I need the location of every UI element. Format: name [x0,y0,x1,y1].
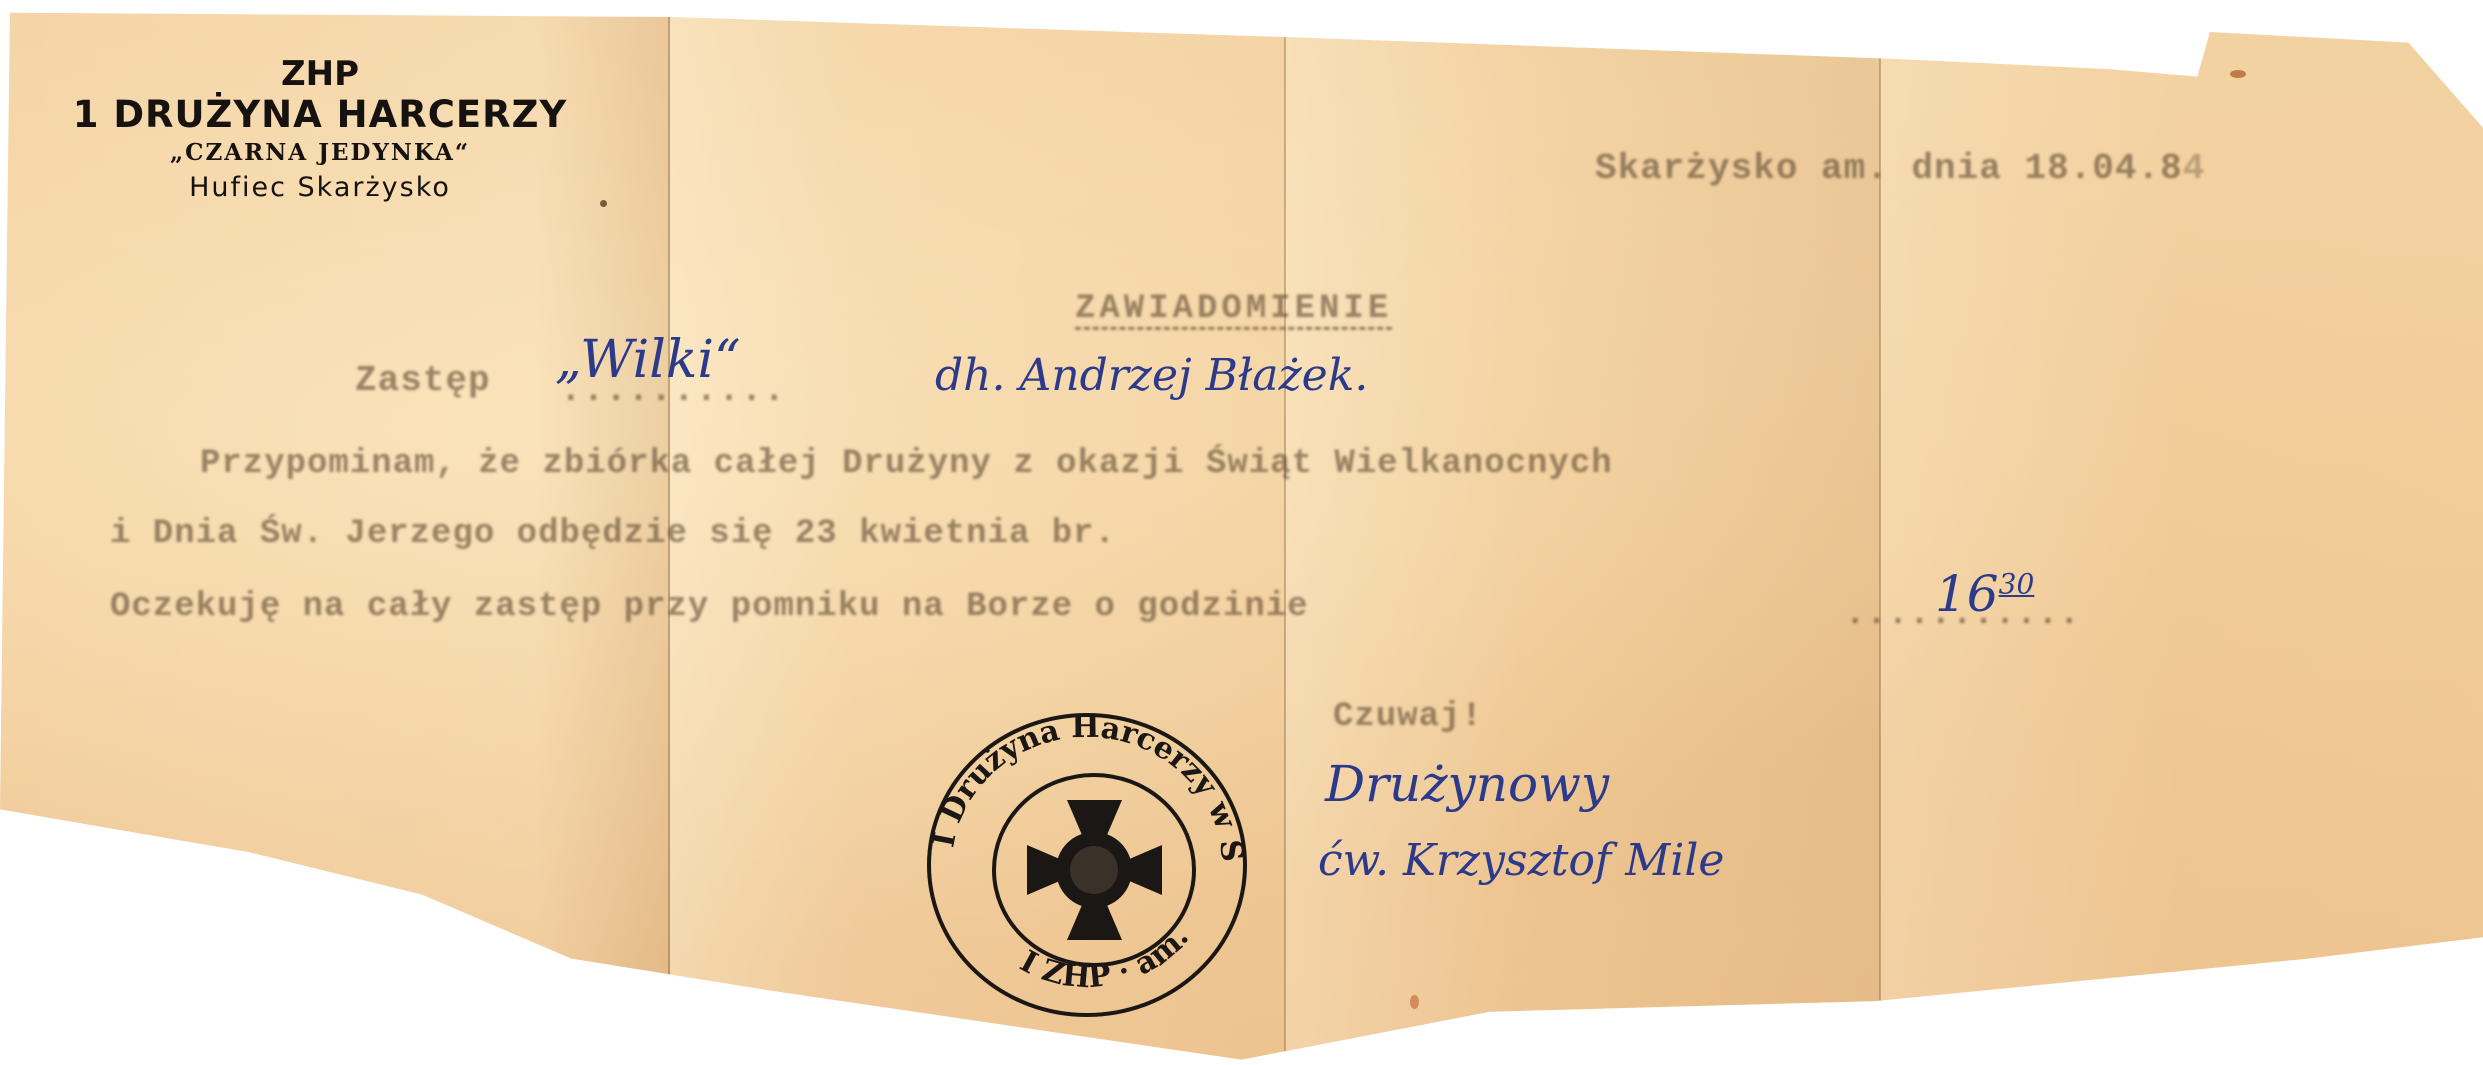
body-line-3: Oczekuję na cały zastęp przy pomniku na … [110,588,1309,626]
date-year-partial: 4 [2183,148,2206,189]
addressee-label: Zastęp [355,360,491,401]
scout-cross-emblem-icon [1027,800,1162,940]
date-line: Skarżysko am. dnia 18.04.84 [1595,148,2205,189]
letterhead: ZHP 1 DRUŻYNA HARCERZY „CZARNA JEDYNKA“ … [50,55,590,207]
time-hour: 16 [1935,565,1999,623]
stain-spot [2230,70,2246,78]
letterhead-team: 1 DRUŻYNA HARCERZY [50,93,590,137]
body-line-1: Przypominam, że zbiórka całej Drużyny z … [200,445,1613,483]
addressee-name-handwritten: dh. Andrzej Błażek. [935,350,1368,401]
official-stamp: I Drużyna Harcerzy w Skarżysku I ZHP · a… [912,700,1262,1030]
document-title: ZAWIADOMIENIE [1075,290,1392,328]
role-handwritten: Drużynowy [1325,755,1609,813]
stain-spot [600,200,607,207]
signature-handwritten: ćw. Krzysztof Mile [1318,835,1724,886]
stain-spot [1410,995,1419,1009]
letterhead-team-name: „CZARNA JEDYNKA“ [50,137,590,169]
letterhead-org: ZHP [50,55,590,93]
letterhead-unit: Hufiec Skarżysko [50,169,590,207]
fold-line [1284,0,1286,1065]
time-minutes: 30 [1999,567,2035,600]
patrol-name-handwritten: „Wilki“ [555,330,741,390]
body-line-2: i Dnia Św. Jerzego odbędzie się 23 kwiet… [110,515,1116,553]
ink-spot [1525,22,1535,40]
date-text: Skarżysko am. dnia 18.04.8 [1595,148,2183,189]
time-handwritten: 1630 [1935,565,2034,623]
salute: Czuwaj! [1333,698,1483,736]
